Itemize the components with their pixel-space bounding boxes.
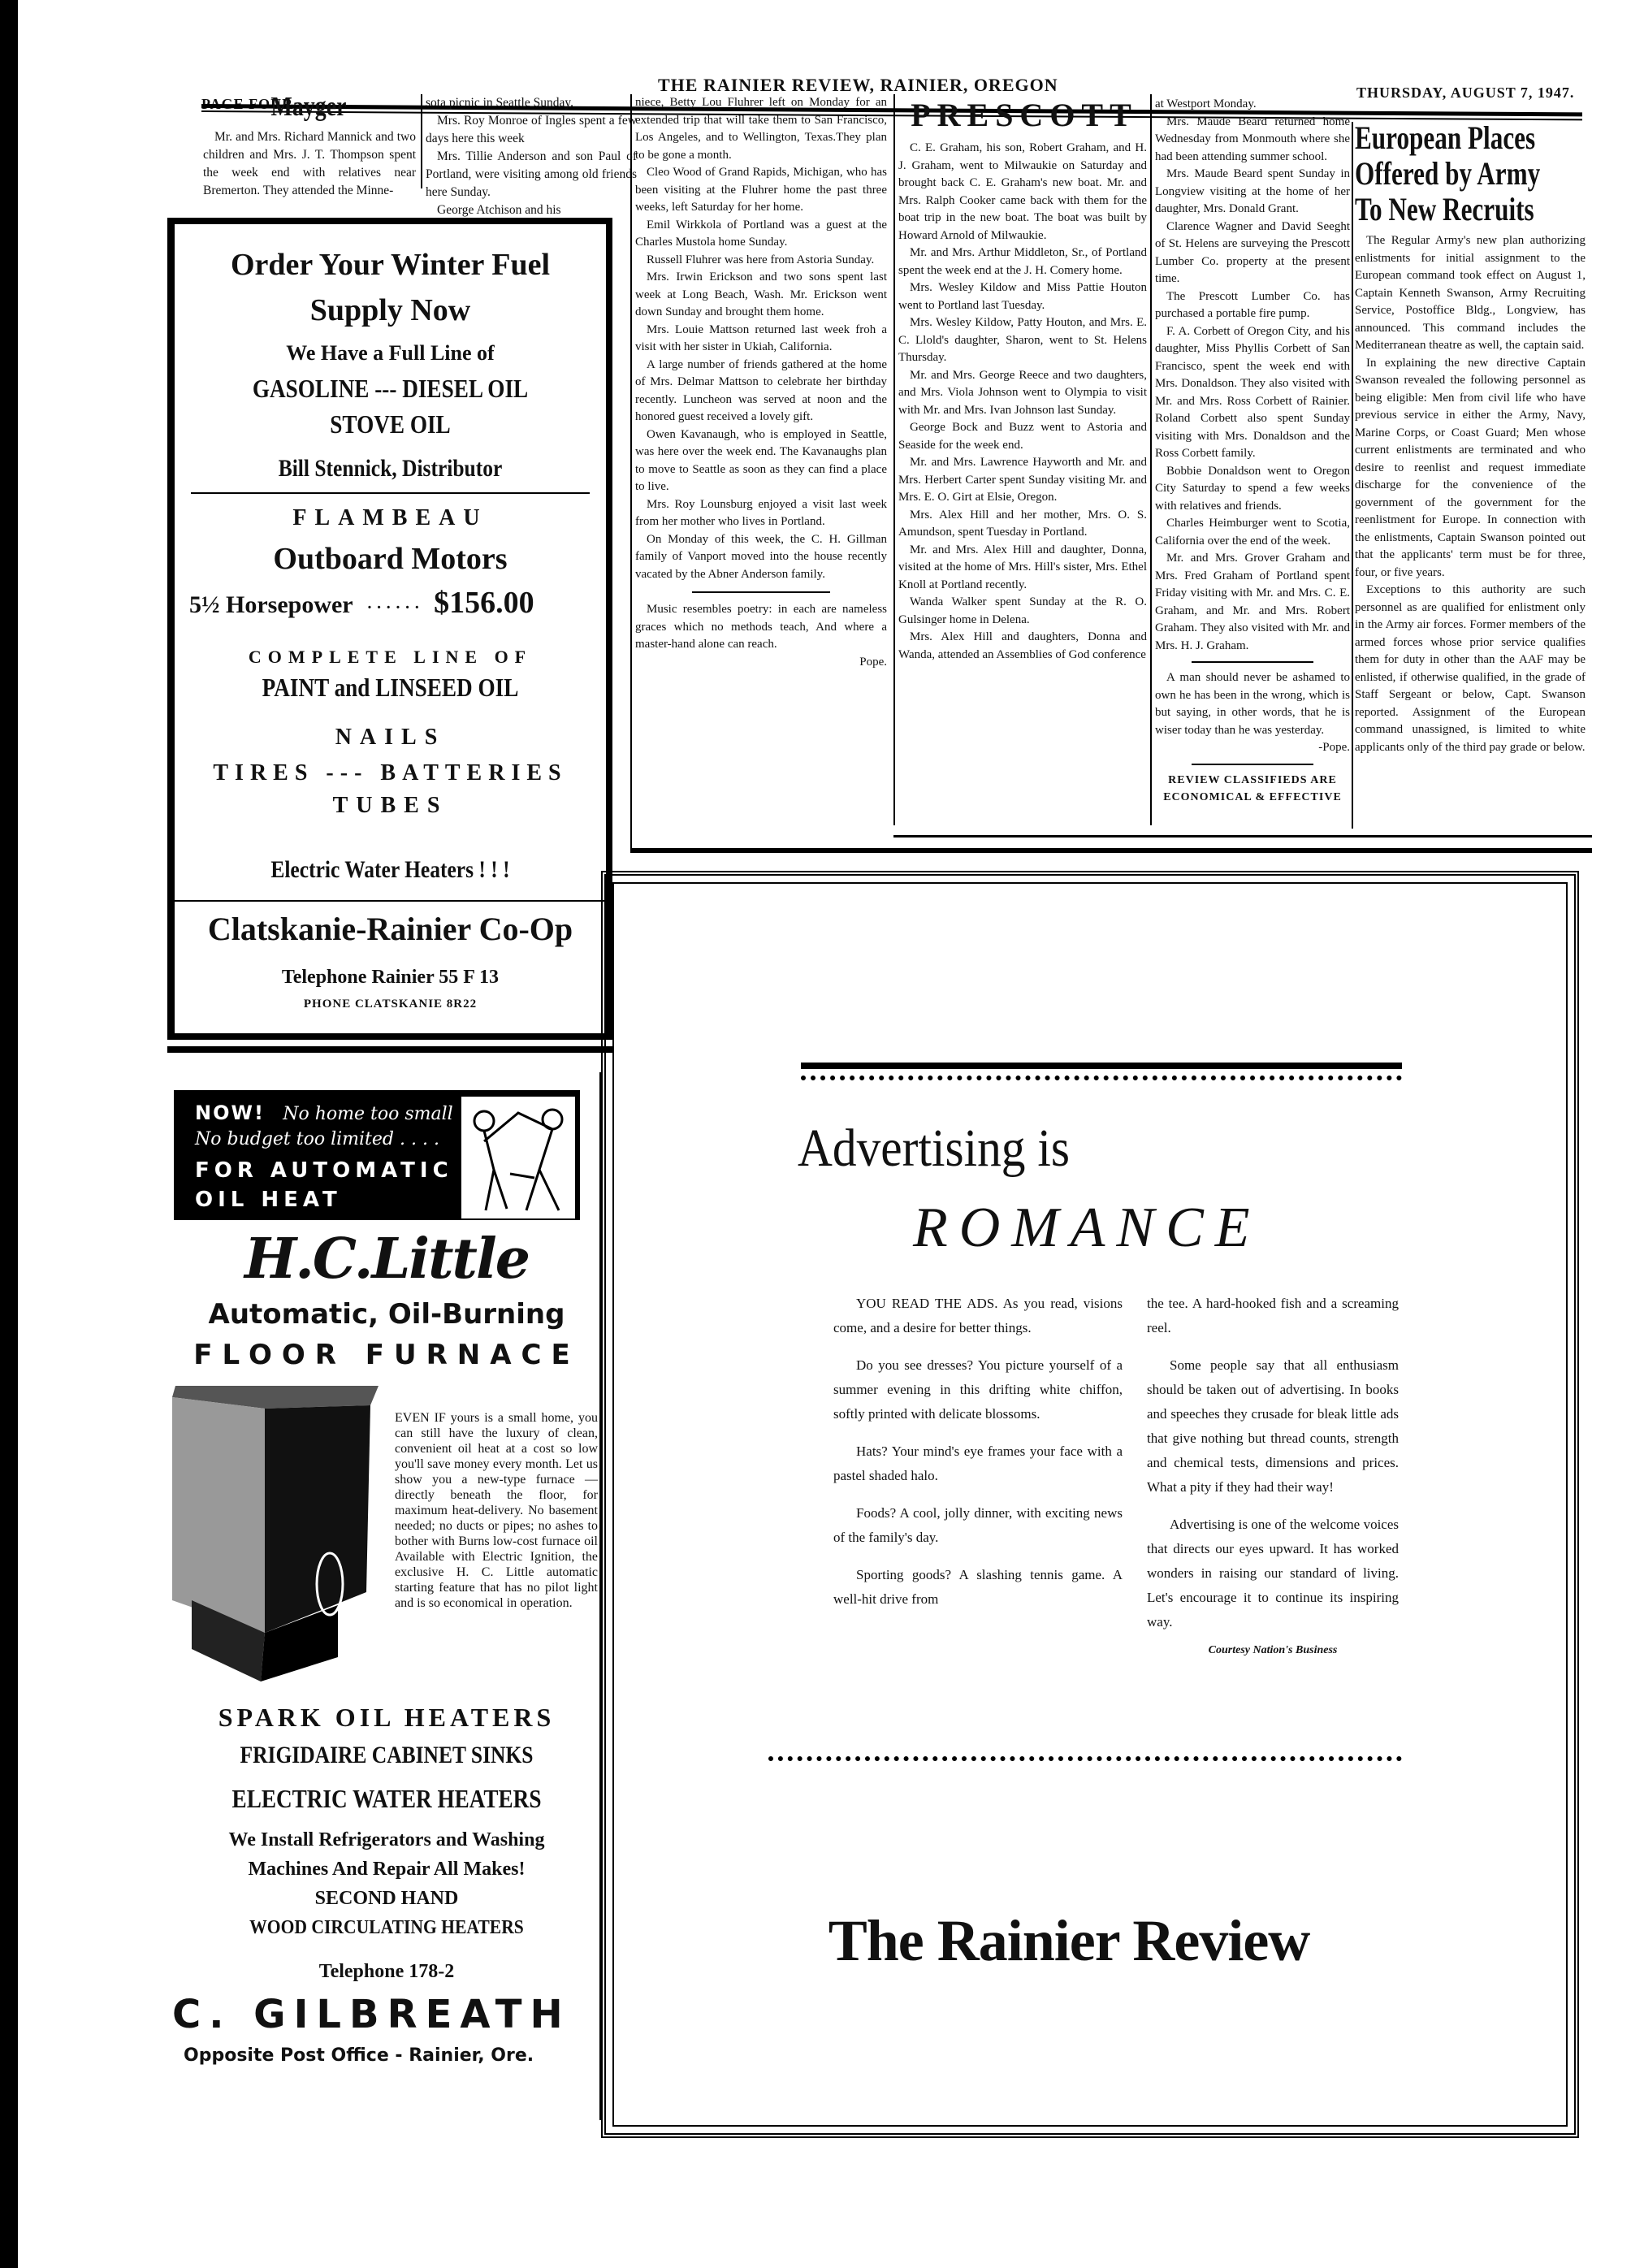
ad-stove-oil: STOVE OIL [207, 409, 573, 439]
courtesy-credit: Courtesy Nation's Business [1147, 1644, 1399, 1657]
ad-paint: PAINT and LINSEED OIL [207, 673, 573, 703]
advertising-romance-ad: Advertising is ROMANCE YOU READ THE ADS.… [601, 871, 1579, 2138]
ad-phone-rainier: Telephone Rainier 55 F 13 [175, 967, 606, 989]
wrong-quote: A man should never be ashamed to own he … [1155, 669, 1350, 739]
mayger-col3: niece, Betty Lou Fluhrer left on Monday … [635, 94, 887, 671]
prescott-heading: PRESCOTT [897, 96, 1152, 134]
item-frigidaire: FRIGIDAIRE CABINET SINKS [201, 1742, 573, 1769]
brand-logo: H.C.Little [167, 1227, 606, 1292]
ad-tubes: TUBES [175, 793, 606, 819]
column-rule [1150, 94, 1152, 825]
ad-phone-clatskanie: PHONE CLATSKANIE 8R22 [175, 998, 606, 1011]
product-subtitle: Automatic, Oil-Burning [167, 1298, 606, 1331]
music-quote: Music resembles poetry: in each are name… [635, 601, 887, 654]
ad-complete-line: COMPLETE LINE OF [175, 647, 606, 668]
decorative-dotted-rule [801, 1076, 1402, 1080]
scan-edge [0, 0, 18, 2268]
item-install: We Install Refrigerators and Washing [167, 1829, 606, 1851]
decorative-dotted-rule [768, 1756, 1402, 1761]
product-name: FLOOR FURNACE [167, 1339, 606, 1371]
ad-brand-flambeau: FLAMBEAU [175, 505, 606, 531]
dealer-name: C. GILBREATH [167, 1992, 606, 2037]
romance-left-column: YOU READ THE ADS. As you read, visions c… [833, 1292, 1123, 1625]
ad-distributor: Bill Stennick, Distributor [207, 455, 573, 483]
ad-heading: Order Your Winter Fuel [175, 247, 606, 283]
ad-divider [175, 900, 606, 902]
ad-title-line1: Advertising is [798, 1118, 1070, 1179]
column-rule [893, 94, 895, 825]
quote-attribution: -Pope. [1155, 739, 1350, 757]
section-rule [893, 835, 1592, 838]
column-rule [630, 94, 632, 850]
prescott-col-b: at Westport Monday. Mrs. Maude Beard ret… [1155, 96, 1350, 807]
newspaper-title: THE RAINIER REVIEW, RAINIER, OREGON [658, 75, 1058, 96]
ad-divider [191, 492, 590, 494]
dancing-couple-illustration [461, 1097, 575, 1218]
decorative-rule [801, 1063, 1402, 1069]
ad-price: $156.00 [434, 586, 534, 620]
european-article: The Regular Army's new plan authorizing … [1355, 232, 1586, 756]
prescott-col-a: C. E. Graham, his son, Robert Graham, an… [898, 140, 1147, 664]
banner-now: NOW! No home too small [195, 1102, 453, 1124]
column-rule [1352, 122, 1353, 829]
hc-little-furnace-ad: NOW! No home too small No budget too lim… [167, 1080, 606, 2096]
floor-furnace-illustration [167, 1373, 387, 1690]
ad-tires-batteries: TIRES --- BATTERIES [175, 760, 606, 786]
item-spark-heaters: SPARK OIL HEATERS [167, 1703, 606, 1733]
dealer-address: Opposite Post Office - Rainier, Ore. [167, 2045, 606, 2066]
ad-subheading: We Have a Full Line of [175, 341, 606, 366]
ad-banner: NOW! No home too small No budget too lim… [174, 1090, 580, 1220]
ad-store-name: Clatskanie-Rainier Co-Op [175, 910, 606, 948]
ad-heading-2: Supply Now [175, 292, 606, 328]
ad-outboard-motors: Outboard Motors [175, 541, 606, 577]
ad-fuel-types: GASOLINE --- DIESEL OIL [207, 374, 573, 404]
item-second-hand: SECOND HAND [167, 1888, 606, 1910]
issue-date: THURSDAY, AUGUST 7, 1947. [1356, 84, 1574, 102]
dealer-phone: Telephone 178-2 [167, 1961, 606, 1983]
item-water-heaters: ELECTRIC WATER HEATERS [201, 1784, 573, 1814]
item-wood-heaters: WOOD CIRCULATING HEATERS [189, 1917, 584, 1939]
ad-water-heaters: Electric Water Heaters ! ! ! [207, 856, 573, 884]
mayger-heading: Mayger [222, 91, 395, 123]
ad-title-romance: ROMANCE [913, 1196, 1261, 1261]
ad-bottom-rule [167, 1046, 612, 1053]
quote-attribution: Pope. [635, 654, 887, 672]
newspaper-signature: The Rainier Review [703, 1907, 1434, 1975]
coop-fuel-ad: Order Your Winter Fuel Supply Now We Hav… [167, 218, 612, 1040]
european-headline: European Places Offered by Army To New R… [1355, 120, 1590, 227]
column-rule [421, 94, 422, 188]
ad-nails: NAILS [175, 725, 606, 751]
mayger-col1: Mr. and Mrs. Richard Mannick and two chi… [203, 128, 416, 200]
ad-price-line: 5½ Horsepower · · · · · · $156.00 [175, 585, 606, 621]
ad-horsepower: 5½ Horsepower [189, 591, 353, 618]
section-rule-heavy [630, 848, 1592, 853]
romance-right-column: the tee. A hard-hooked fish and a scream… [1147, 1292, 1399, 1657]
mayger-col2: sota picnic in Seattle Sunday. Mrs. Roy … [426, 94, 637, 219]
classifieds-promo: REVIEW CLASSIFIEDS ARE ECONOMICAL & EFFE… [1155, 772, 1350, 807]
item-repair: Machines And Repair All Makes! [167, 1859, 606, 1881]
furnace-description: EVEN IF yours is a small home, you can s… [395, 1410, 598, 1611]
